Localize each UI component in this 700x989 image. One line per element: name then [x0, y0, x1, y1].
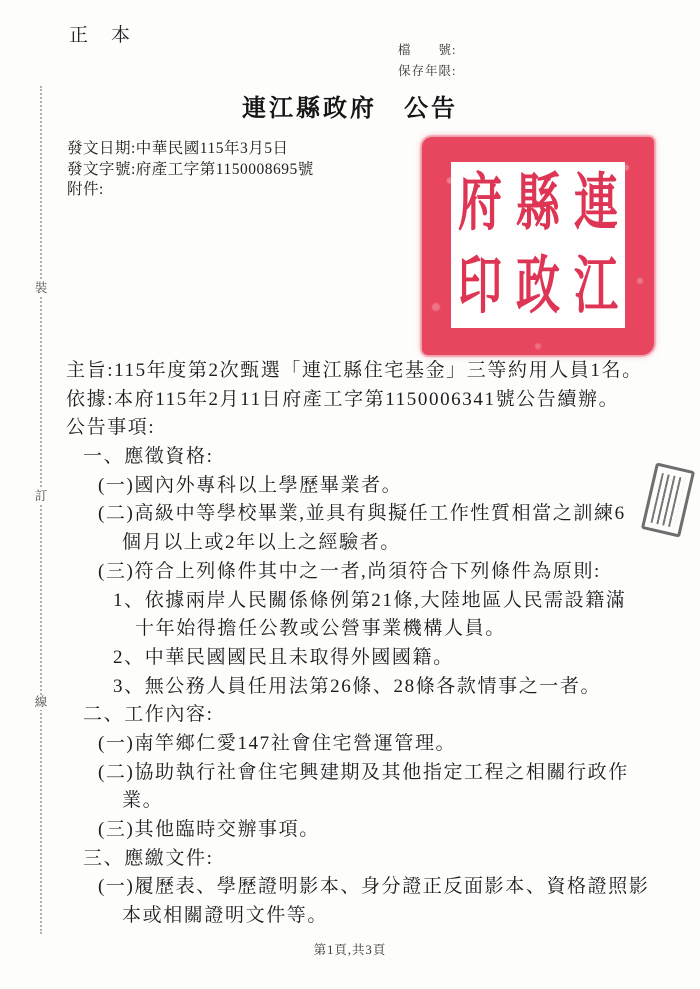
- attachment-label: 附件:: [67, 180, 314, 201]
- body-line-items-head: 公告事項:: [66, 414, 666, 443]
- body-line: (一)履歷表、學歷證明影本、身分證正反面影本、資格證照影: [66, 873, 666, 902]
- body-line: 三、應繳文件:: [66, 845, 666, 874]
- seal-character: 縣: [516, 172, 560, 234]
- file-number-label: 檔 號:: [398, 40, 456, 58]
- seal-character: 政: [516, 255, 560, 317]
- official-seal: 府 縣 連 印 政 江: [422, 137, 654, 355]
- body-line: 3、無公務人員任用法第26條、28條各款情事之一者。: [66, 673, 666, 702]
- body-line: 本或相關證明文件等。: [66, 902, 666, 931]
- issue-number: 發文字號:府產工字第1150008695號: [67, 160, 314, 181]
- seal-character: 連: [574, 172, 618, 234]
- body-line: (一)國內外專科以上學歷畢業者。: [66, 472, 666, 501]
- announcement-body: 主旨:115年度第2次甄選「連江縣住宅基金」三等約用人員1名。 依據:本府115…: [66, 357, 666, 931]
- binding-mark-xian: 線: [32, 695, 50, 710]
- body-line: (二)高級中等學校畢業,並具有與擬任工作性質相當之訓練6: [66, 500, 666, 529]
- document-page: 正 本 檔 號: 保存年限: 連江縣政府 公告 發文日期:中華民國115年3月5…: [0, 0, 700, 989]
- copy-type-label: 正 本: [69, 20, 132, 47]
- issue-meta: 發文日期:中華民國115年3月5日 發文字號:府產工字第1150008695號 …: [67, 139, 314, 201]
- seal-character: 府: [458, 172, 502, 234]
- body-line: (一)南竿鄉仁愛147社會住宅營運管理。: [66, 730, 666, 759]
- body-line: (三)符合上列條件其中之一者,尚須符合下列條件為原則:: [66, 558, 666, 587]
- binding-dotted-line: [40, 86, 42, 934]
- issue-date: 發文日期:中華民國115年3月5日: [67, 139, 314, 160]
- official-seal-face: 府 縣 連 印 政 江: [451, 162, 625, 328]
- body-line: (三)其他臨時交辦事項。: [66, 816, 666, 845]
- body-line: 1、依據兩岸人民關係條例第21條,大陸地區人民需設籍滿: [66, 587, 666, 616]
- body-line: (二)協助執行社會住宅興建期及其他指定工程之相關行政作: [66, 759, 666, 788]
- body-line: 個月以上或2年以上之經驗者。: [66, 529, 666, 558]
- document-title: 連江縣政府 公告: [0, 88, 700, 123]
- binding-mark-ding: 訂: [32, 489, 50, 504]
- body-line: 2、中華民國國民且未取得外國國籍。: [66, 644, 666, 673]
- binding-mark-zhuang: 裝: [32, 281, 50, 296]
- body-line-subject: 主旨:115年度第2次甄選「連江縣住宅基金」三等約用人員1名。: [66, 357, 666, 386]
- body-line: 業。: [66, 787, 666, 816]
- seal-character: 印: [458, 255, 502, 317]
- body-line: 一、應徵資格:: [66, 443, 666, 472]
- retention-period-label: 保存年限:: [398, 61, 456, 79]
- body-line-basis: 依據:本府115年2月11日府產工字第1150006341號公告續辦。: [66, 386, 666, 415]
- body-line: 十年始得擔任公教或公營事業機構人員。: [66, 615, 666, 644]
- body-line: 二、工作內容:: [66, 701, 666, 730]
- page-number: 第1頁,共3頁: [0, 940, 700, 958]
- seal-character: 江: [574, 255, 618, 317]
